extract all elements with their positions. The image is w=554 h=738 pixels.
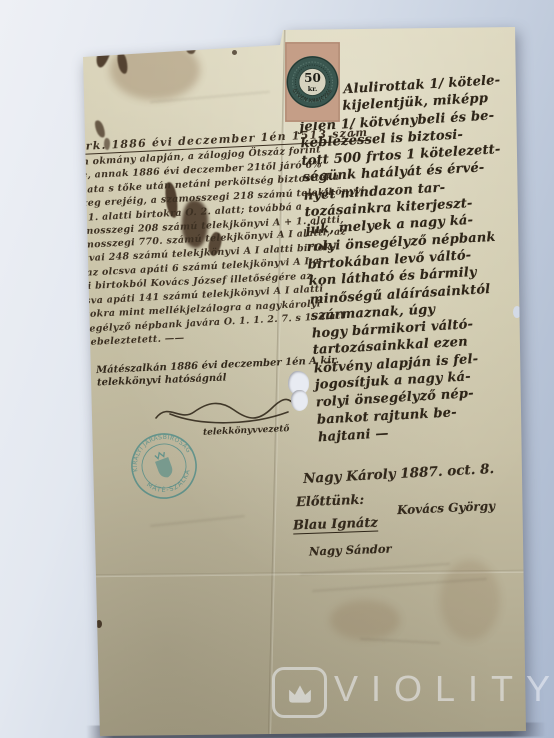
ink-stain	[186, 42, 196, 54]
ink-speck	[246, 38, 250, 45]
age-stain	[330, 600, 400, 640]
ink-speck	[96, 620, 102, 628]
ink-stain	[147, 34, 160, 51]
ink-speck	[232, 50, 237, 55]
watermark-label: VIOLITY	[334, 668, 554, 710]
date-signature-line: Nagy Károly 1887. oct. 8.	[303, 461, 495, 487]
court-seal: KIRÁLYI JÁRÁSBIRÓSÁG MÁTÉ-SZALKA	[119, 421, 209, 511]
edge-tear	[513, 306, 521, 318]
witness-signature-2: Nagy Sándor	[309, 542, 392, 559]
ink-stain	[93, 119, 107, 139]
bleed-through-mark	[312, 578, 487, 592]
ink-stain	[94, 37, 115, 69]
stamp-value: 50	[304, 71, 321, 85]
document-paper: Érk. 1886 évi deczember 1én 1513 szám Ez…	[0, 0, 554, 738]
watermark-logo-box	[272, 667, 327, 718]
witness-heading: Előttünk:	[296, 493, 365, 510]
seal-crest	[155, 457, 175, 480]
revenue-stamp: 50 kr. ÖTVEN KRAJCZÁR	[285, 42, 340, 122]
stamp-unit: kr.	[308, 85, 318, 93]
bleed-through-mark	[360, 638, 440, 644]
document-paper-wrapper: Érk. 1886 évi deczember 1én 1513 szám Ez…	[0, 0, 554, 738]
witness-signature-1: Blau Ignátz	[293, 516, 378, 535]
left-page-handwriting: Ezen okmány alapján, a zálogjog Ötszáz f…	[62, 145, 321, 351]
ink-stain	[116, 51, 129, 74]
seal-crown	[155, 451, 166, 459]
ink-stain	[110, 40, 200, 100]
crown-icon	[284, 680, 316, 706]
punched-hole	[291, 390, 308, 411]
photo-background: Érk. 1886 évi deczember 1én 1513 szám Ez…	[0, 0, 554, 738]
edge-tear	[79, 326, 88, 337]
right-page-handwriting: Alulirottak 1/ kötele-zőleg kijelentjük,…	[297, 69, 554, 446]
bleed-through-mark	[150, 515, 245, 527]
debtor-signature: Kovács György	[397, 499, 496, 517]
bleed-through-mark	[150, 91, 270, 103]
